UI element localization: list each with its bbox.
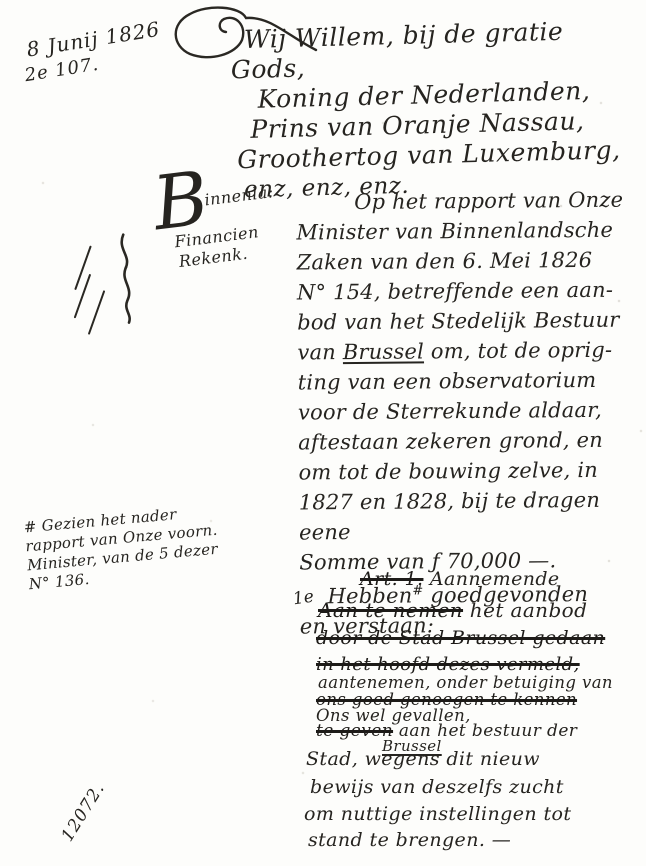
body-text: van	[297, 340, 343, 364]
item-marker: 1e	[292, 587, 315, 610]
edit-text: om nuttige instellingen tot	[304, 803, 571, 825]
body-line: Minister van Binnenlandsche	[296, 214, 644, 247]
body-line: N° 154, betreffende een aan-	[297, 274, 645, 307]
document-page: 8 Junij 1826 2e 107. Wij Willem, bij de …	[0, 0, 646, 866]
margin-routing-note: Binnenla: Financien Rekenk.	[55, 157, 293, 186]
place-name-underlined: Brussel	[343, 339, 424, 364]
intitulature-line: Wij Willem, bij de gratie Gods,	[230, 15, 643, 86]
edit-text: Aannemende	[423, 568, 559, 590]
dispositif-line: Stad, wegens dit nieuw	[306, 748, 540, 770]
margin-date-block: 8 Junij 1826 2e 107.	[25, 16, 166, 88]
royal-intitulature: Wij Willem, bij de gratie Gods, Koning d…	[230, 15, 646, 206]
dispositif-line: door de Stad Brussel gedaan	[316, 627, 605, 649]
body-line: 1827 en 1828, bij te dragen eene	[299, 484, 646, 547]
body-line-brussel: van Brussel om, tot de oprig-	[297, 334, 645, 367]
struck-text: Art. 1.	[360, 568, 423, 590]
edit-text: stand te brengen. —	[308, 829, 511, 851]
edit-text: het aanbod	[463, 598, 587, 622]
body-line: voor de Sterrekunde aldaar,	[298, 394, 646, 427]
edit-text: bewijs van deszelfs zucht	[310, 776, 564, 798]
body-line: aftestaan zekeren grond, en	[298, 424, 646, 457]
body-text: om, tot de oprig-	[424, 338, 613, 364]
margin-annotation: # Gezien het nader rapport van Onze voor…	[23, 502, 222, 595]
body-line: om tot de bouwing zelve, in	[298, 454, 646, 487]
archive-number: 12072.	[58, 779, 110, 845]
tally-marks-icon	[61, 227, 163, 337]
paper-specks	[0, 0, 2, 2]
struck-text: door de Stad Brussel gedaan	[316, 627, 605, 649]
body-line: Zaken van den 6. Mei 1826	[297, 244, 645, 277]
routing-rest: innenla:	[203, 182, 274, 209]
dispositif-line: te geven aan het bestuur der	[316, 721, 577, 741]
dispositif-line: in het hoofd dezes vermeld,	[316, 654, 580, 675]
dispositif-line: Aan te nemen het aanbod	[318, 598, 587, 622]
struck-text: in het hoofd dezes vermeld,	[316, 654, 580, 675]
dispositif-line: Art. 1. Aannemende	[360, 568, 560, 590]
dispositif-line: om nuttige instellingen tot	[304, 803, 571, 825]
dispositif-line: bewijs van deszelfs zucht	[310, 776, 564, 798]
struck-text: Aan te nemen	[318, 598, 463, 622]
dispositif-line: stand te brengen. —	[308, 829, 511, 851]
body-line: Op het rapport van Onze	[296, 184, 644, 217]
body-line: bod van het Stedelijk Bestuur	[297, 304, 645, 337]
edit-text: Stad, wegens dit nieuw	[306, 748, 540, 770]
body-line: ting van een observatorium	[298, 364, 646, 397]
